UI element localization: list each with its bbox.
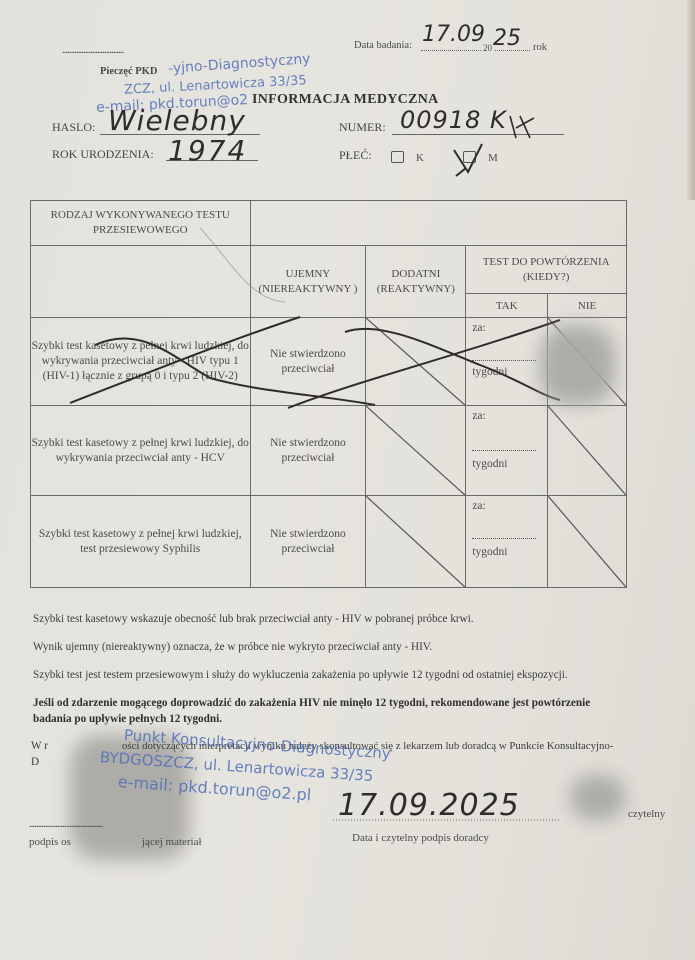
note-5-line2-start: D	[31, 756, 39, 768]
blurred-region-right	[570, 775, 625, 820]
date-label: Data badania:	[354, 40, 412, 51]
date-year-handwritten: 25	[493, 26, 521, 51]
row1-positive-strike	[366, 318, 465, 405]
medical-information-form: ................................... Piec…	[0, 0, 695, 960]
row1-negative[interactable]: Nie stwierdzono przeciwciał	[250, 318, 366, 406]
row3-dots[interactable]	[472, 538, 536, 539]
note-1: Szybki test kasetowy wskazuje obecność l…	[33, 613, 474, 625]
row1-test-name: Szybki test kasetowy z pełnej krwi ludzk…	[31, 318, 251, 406]
row3-test-name: Szybki test kasetowy z pełnej krwi ludzk…	[31, 496, 251, 588]
row1-dots[interactable]	[472, 360, 536, 361]
row3-positive-cell[interactable]	[366, 496, 466, 588]
table-row: Szybki test kasetowy z pełnej krwi ludzk…	[31, 496, 627, 588]
paper-edge	[687, 0, 695, 200]
right-signature-label: Data i czytelny podpis doradcy	[352, 832, 489, 844]
header-negative: UJEMNY (NIEREAKTYWNY )	[250, 246, 366, 318]
note-4-line2: badania po upływie pełnych 12 tygodni.	[33, 713, 222, 725]
row2-no-strike	[548, 406, 626, 495]
sex-option-m-label: M	[488, 152, 498, 164]
row2-negative[interactable]: Nie stwierdzono przeciwciał	[250, 406, 366, 496]
row3-repeat-yes-cell[interactable]: za: tygodni	[466, 496, 548, 588]
header-blank	[250, 201, 627, 246]
row2-za: za:	[472, 410, 485, 422]
number-underline	[392, 134, 564, 135]
row1-repeat-yes-cell[interactable]: za: tygodni	[466, 318, 548, 406]
row1-positive-cell[interactable]	[366, 318, 466, 406]
number-value: 00918 K	[400, 106, 507, 134]
left-signature-label-end: jącej materiał	[142, 836, 202, 848]
sex-option-k[interactable]: K	[391, 148, 424, 166]
password-value: Wielebny	[108, 104, 246, 137]
note-4-line1: Jeśli od zdarzenie mogącego doprowadzić …	[33, 697, 590, 709]
row2-repeat-yes-cell[interactable]: za: tygodni	[466, 406, 548, 496]
left-signature-label-start: podpis os	[29, 836, 71, 848]
blurred-region-table	[540, 325, 615, 405]
date-year-prefix: 20	[483, 43, 492, 53]
number-label: NUMER:	[339, 120, 386, 135]
header-test-type: RODZAJ WYKONYWANEGO TESTU PRZESIEWOWEGO	[31, 201, 251, 246]
note-2: Wynik ujemny (niereaktywny) oznacza, że …	[33, 641, 432, 653]
sex-label: PŁEĆ:	[339, 148, 372, 163]
note-3: Szybki test jest testem przesiewowym i s…	[33, 669, 568, 681]
stamp-label: Pieczęć PKD	[100, 66, 157, 77]
row2-positive-cell[interactable]	[366, 406, 466, 496]
sex-option-m[interactable]: M	[463, 148, 498, 166]
birth-year-label: ROK URODZENIA:	[52, 147, 154, 162]
row3-no-strike	[548, 496, 626, 587]
password-label: HASLO:	[52, 120, 95, 135]
screening-tests-table: RODZAJ WYKONYWANEGO TESTU PRZESIEWOWEGO …	[30, 200, 627, 588]
row3-za: za:	[472, 500, 485, 512]
row2-dots[interactable]	[472, 450, 536, 451]
header-repeat: TEST DO POWTÓRZENIA (KIEDY?)	[466, 246, 627, 294]
row3-negative[interactable]: Nie stwierdzono przeciwciał	[250, 496, 366, 588]
row2-positive-strike	[366, 406, 465, 495]
birth-year-value: 1974	[168, 134, 247, 167]
right-signature-trailing: czytelny	[628, 808, 665, 820]
left-signature-dots: ........................................…	[29, 818, 103, 830]
sex-option-k-label: K	[416, 152, 424, 164]
header-blank-left	[31, 246, 251, 318]
row2-weeks: tygodni	[472, 458, 507, 470]
date-suffix: rok	[533, 42, 547, 53]
header-no: NIE	[548, 294, 627, 318]
row2-repeat-no-cell[interactable]	[548, 406, 627, 496]
checkbox-k[interactable]	[391, 151, 404, 163]
header-yes: TAK	[466, 294, 548, 318]
row3-repeat-no-cell[interactable]	[548, 496, 627, 588]
table-row: Szybki test kasetowy z pełnej krwi ludzk…	[31, 406, 627, 496]
stamp-dotted-line: ...................................	[62, 44, 123, 56]
row3-positive-strike	[366, 496, 465, 587]
row3-weeks: tygodni	[472, 546, 507, 558]
row2-test-name: Szybki test kasetowy z pełnej krwi ludzk…	[31, 406, 251, 496]
date-day-month-handwritten: 17.09	[422, 22, 485, 47]
table-row: Szybki test kasetowy z pełnej krwi ludzk…	[31, 318, 627, 406]
note-5-start: W r	[31, 740, 48, 752]
right-signature-date-handwritten: 17.09.2025	[338, 788, 520, 823]
date-dots-1	[421, 50, 481, 51]
header-positive: DODATNI (REAKTYWNY)	[366, 246, 466, 318]
row1-weeks: tygodni	[472, 366, 507, 378]
row1-za: za:	[472, 322, 485, 334]
checkbox-m[interactable]	[463, 151, 476, 163]
